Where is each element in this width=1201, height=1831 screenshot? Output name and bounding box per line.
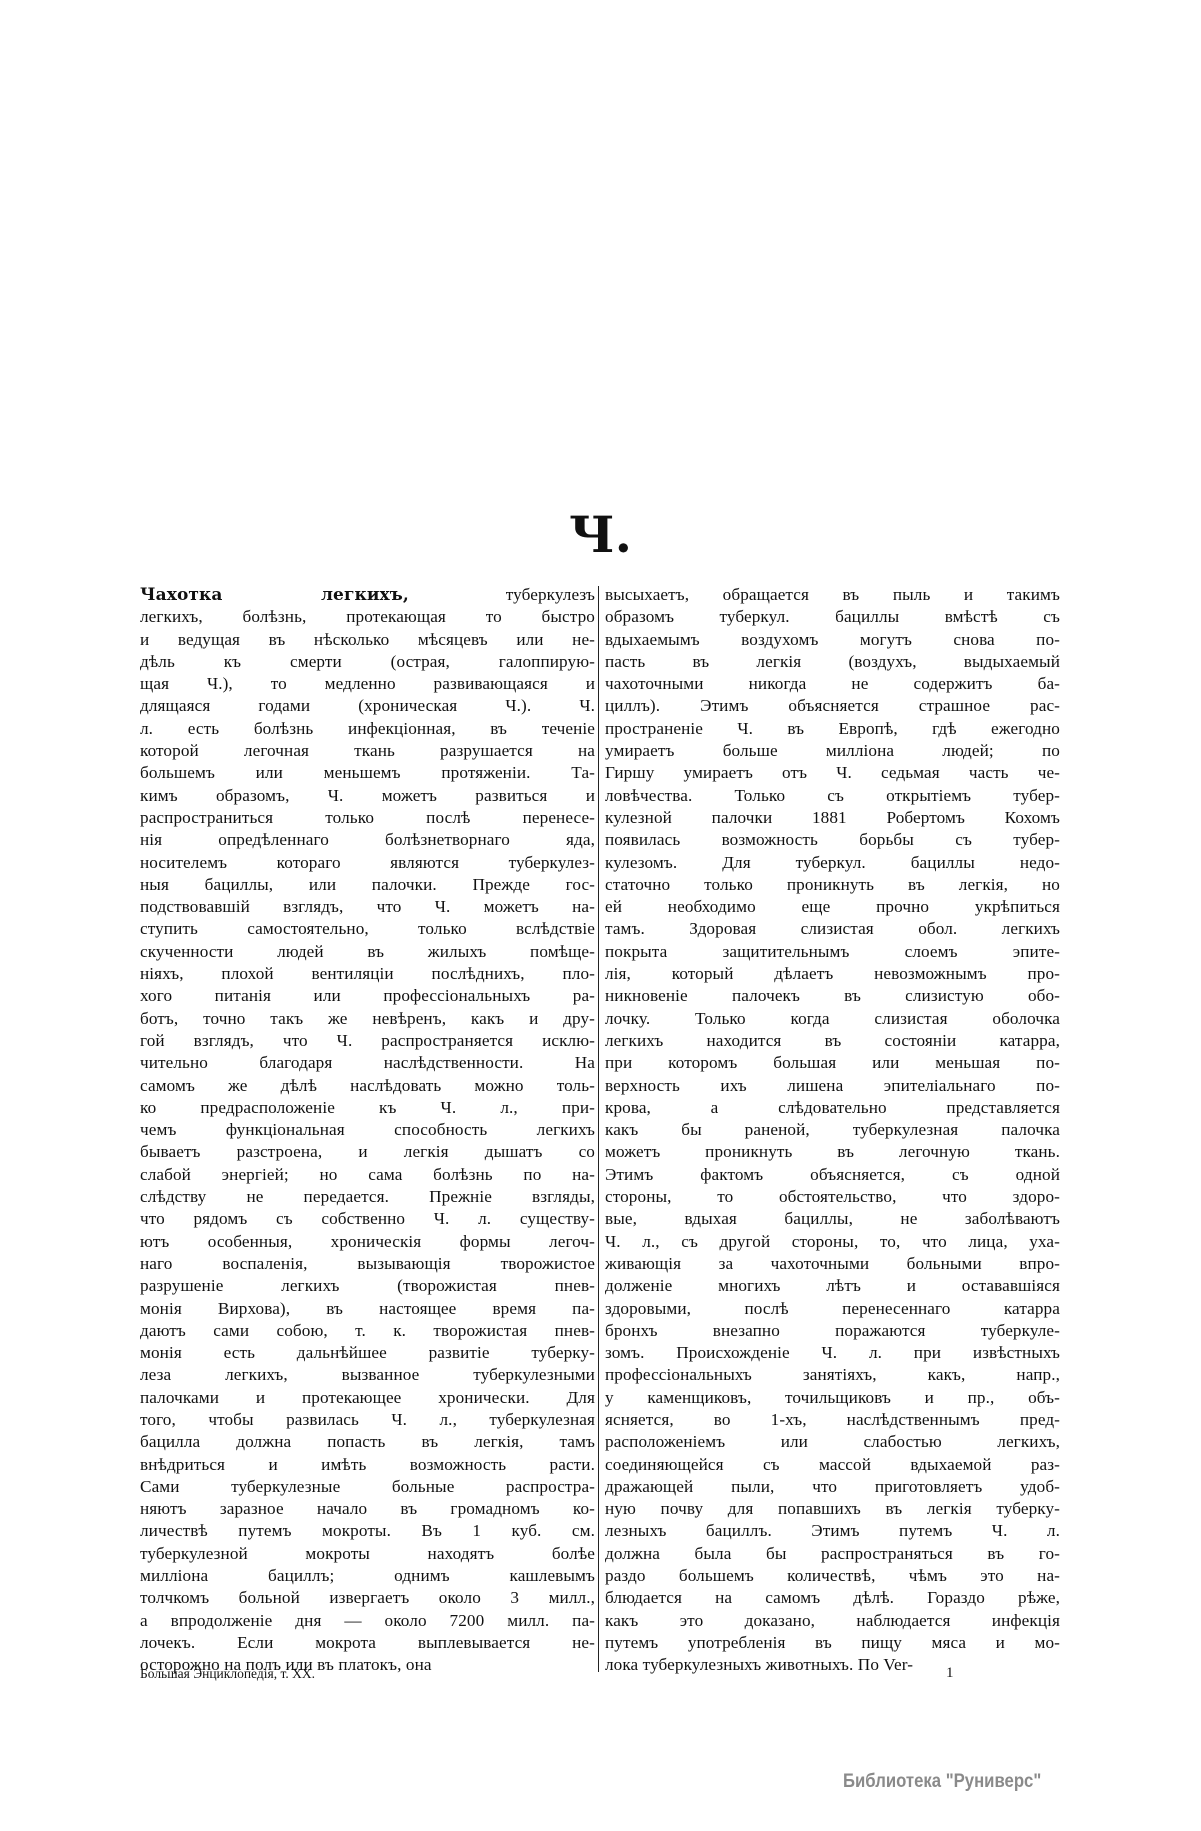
text-line: монія Вирхова), въ настоящее время па- xyxy=(140,1298,595,1320)
text-line: большемъ или меньшемъ протяженіи. Та- xyxy=(140,762,595,784)
left-column: Чахотка легкихъ, туберкулезълегкихъ, бол… xyxy=(140,584,595,1677)
text-line: подствовавшій взглядъ, что Ч. можетъ на- xyxy=(140,896,595,918)
section-letter: Ч. xyxy=(0,510,1201,560)
text-line: скученности людей въ жилыхъ помѣще- xyxy=(140,941,595,963)
text-line: можетъ проникнуть въ легочную ткань. xyxy=(605,1141,1060,1163)
text-line: монія есть дальнѣйшее развитіе туберку- xyxy=(140,1342,595,1364)
text-line: умираетъ больше милліона людей; по xyxy=(605,740,1060,762)
text-line: высыхаетъ, обращается въ пыль и такимъ xyxy=(605,584,1060,606)
text-line: покрыта защитительнымъ слоемъ эпите- xyxy=(605,941,1060,963)
text-line: лія, который дѣлаетъ невозможнымъ про- xyxy=(605,963,1060,985)
text-line: кулезной палочки 1881 Робертомъ Кохомъ xyxy=(605,807,1060,829)
text-line: внѣдриться и имѣть возможность расти. xyxy=(140,1454,595,1476)
text-line: какъ это доказано, наблюдается инфекція xyxy=(605,1610,1060,1632)
text-line: туберкулезной мокроты находятъ болѣе xyxy=(140,1543,595,1565)
text-line: при которомъ большая или меньшая по- xyxy=(605,1052,1060,1074)
text-line: ступить самостоятельно, только вслѣдстві… xyxy=(140,918,595,940)
text-line: милліона бациллъ; однимъ кашлевымъ xyxy=(140,1565,595,1587)
footer-signature-mark: 1 xyxy=(946,1665,954,1682)
text-line: пасть въ легкія (воздухъ, выдыхаемый xyxy=(605,651,1060,673)
text-line: няютъ заразное начало въ громадномъ ко- xyxy=(140,1498,595,1520)
text-line: ютъ особенныя, хроническія формы легоч- xyxy=(140,1231,595,1253)
text-line: ко предрасположеніе къ Ч. л., при- xyxy=(140,1097,595,1119)
text-line: профессіональныхъ занятіяхъ, какъ, напр.… xyxy=(605,1364,1060,1386)
text-line: носителемъ котораго являются туберкулез- xyxy=(140,852,595,874)
text-line: стороны, то обстоятельство, что здоро- xyxy=(605,1186,1060,1208)
text-line: какъ бы раненой, туберкулезная палочка xyxy=(605,1119,1060,1141)
text-line: образомъ туберкул. бациллы вмѣстѣ съ xyxy=(605,606,1060,628)
text-line: ныя бациллы, или палочки. Прежде гос- xyxy=(140,874,595,896)
text-line: чахоточными никогда не содержитъ ба- xyxy=(605,673,1060,695)
text-line: расположеніемъ или слабостью легкихъ, xyxy=(605,1431,1060,1453)
text-line: лока туберкулезныхъ животныхъ. По Ver- xyxy=(605,1654,1060,1676)
text-line: никновеніе палочекъ въ слизистую обо- xyxy=(605,985,1060,1007)
right-column: высыхаетъ, обращается въ пыль и такимъоб… xyxy=(605,584,1060,1677)
text-line: ную почву для попавшихъ въ легкія туберк… xyxy=(605,1498,1060,1520)
column-divider xyxy=(598,586,599,1672)
text-line: лочекъ. Если мокрота выплевывается не- xyxy=(140,1632,595,1654)
text-line: ботъ, точно такъ же невѣренъ, какъ и дру… xyxy=(140,1008,595,1030)
text-line: путемъ употребленія въ пищу мяса и мо- xyxy=(605,1632,1060,1654)
text-line: вдыхаемымъ воздухомъ могутъ снова по- xyxy=(605,629,1060,651)
text-line: у каменщиковъ, точильщиковъ и пр., объ- xyxy=(605,1387,1060,1409)
text-line: слѣдству не передается. Прежніе взгляды, xyxy=(140,1186,595,1208)
library-watermark: Библиотека "Руниверс" xyxy=(843,1771,1041,1793)
text-line: палочками и протекающее хронически. Для xyxy=(140,1387,595,1409)
text-line: долженіе многихъ лѣтъ и остававшіяся xyxy=(605,1275,1060,1297)
text-line: щая Ч.), то медленно развивающаяся и xyxy=(140,673,595,695)
text-line: кулезомъ. Для туберкул. бациллы недо- xyxy=(605,852,1060,874)
text-line: ловѣчества. Только съ открытіемъ тубер- xyxy=(605,785,1060,807)
article-headword: Чахотка легкихъ, xyxy=(140,585,409,605)
text-line: Этимъ фактомъ объясняется, съ одной xyxy=(605,1164,1060,1186)
text-line: разрушеніе легкихъ (творожистая пнев- xyxy=(140,1275,595,1297)
text-line: ніяхъ, плохой вентиляціи послѣднихъ, пло… xyxy=(140,963,595,985)
text-line: появилась возможность борьбы съ тубер- xyxy=(605,829,1060,851)
text-line: пространеніе Ч. въ Европѣ, гдѣ ежегодно xyxy=(605,718,1060,740)
text-line: л. есть болѣзнь инфекціонная, въ теченіе xyxy=(140,718,595,740)
text-line: распространиться только послѣ перенесе- xyxy=(140,807,595,829)
text-line: толчкомъ больной извергаетъ около 3 милл… xyxy=(140,1587,595,1609)
text-line: даютъ сами собою, т. к. творожистая пнев… xyxy=(140,1320,595,1342)
text-line: дѣль къ смерти (острая, галоппирую- xyxy=(140,651,595,673)
text-line: Гиршу умираетъ отъ Ч. седьмая часть че- xyxy=(605,762,1060,784)
text-line: верхность ихъ лишена эпителіальнаго по- xyxy=(605,1075,1060,1097)
text-line: и ведущая въ нѣсколько мѣсяцевъ или не- xyxy=(140,629,595,651)
text-line: соединяющейся съ массой вдыхаемой раз- xyxy=(605,1454,1060,1476)
text-line: ясняется, во 1-хъ, наслѣдственнымъ пред- xyxy=(605,1409,1060,1431)
text-line: дражающей пыли, что приготовляетъ удоб- xyxy=(605,1476,1060,1498)
text-line: раздо большемъ количествѣ, чѣмъ это на- xyxy=(605,1565,1060,1587)
text-line: ей необходимо еще прочно укрѣпиться xyxy=(605,896,1060,918)
text-line: лочку. Только когда слизистая оболочка xyxy=(605,1008,1060,1030)
text-line: зомъ. Происхожденіе Ч. л. при извѣстныхъ xyxy=(605,1342,1060,1364)
text-line: того, чтобы развилась Ч. л., туберкулезн… xyxy=(140,1409,595,1431)
text-line: чемъ функціональная способность легкихъ xyxy=(140,1119,595,1141)
text-line: Сами туберкулезные больные распростра- xyxy=(140,1476,595,1498)
text-line: личествѣ путемъ мокроты. Въ 1 куб. см. xyxy=(140,1520,595,1542)
text-line: живающія за чахоточными больными впро- xyxy=(605,1253,1060,1275)
text-line: должна была бы распространяться въ го- xyxy=(605,1543,1060,1565)
text-line: легкихъ находится въ состояніи катарра, xyxy=(605,1030,1060,1052)
text-line: здоровыми, послѣ перенесеннаго катарра xyxy=(605,1298,1060,1320)
footer-publication: Большая Энциклопедія, т. XX. xyxy=(140,1666,315,1682)
text-line: бацилла должна попасть въ легкія, тамъ xyxy=(140,1431,595,1453)
text-line: наго воспаленія, вызывающія творожистое xyxy=(140,1253,595,1275)
text-line: легкихъ, болѣзнь, протекающая то быстро xyxy=(140,606,595,628)
text-line: Чахотка легкихъ, туберкулезъ xyxy=(140,584,595,606)
text-line: Ч. л., съ другой стороны, то, что лица, … xyxy=(605,1231,1060,1253)
text-line: чительно благодаря наслѣдственности. На xyxy=(140,1052,595,1074)
text-line: кимъ образомъ, Ч. можетъ развиться и xyxy=(140,785,595,807)
text-line: статочно только проникнуть въ легкія, но xyxy=(605,874,1060,896)
text-line: гой взглядъ, что Ч. распространяется иск… xyxy=(140,1030,595,1052)
text-line: тамъ. Здоровая слизистая обол. легкихъ xyxy=(605,918,1060,940)
text-line: что рядомъ съ собственно Ч. л. существу- xyxy=(140,1208,595,1230)
text-line-rest: туберкулезъ xyxy=(409,585,595,604)
text-line: циллъ). Этимъ объясняется страшное рас- xyxy=(605,695,1060,717)
text-line: самомъ же дѣлѣ наслѣдовать можно толь- xyxy=(140,1075,595,1097)
text-line: блюдается на самомъ дѣлѣ. Гораздо рѣже, xyxy=(605,1587,1060,1609)
text-line: которой легочная ткань разрушается на xyxy=(140,740,595,762)
text-line: нія опредѣленнаго болѣзнетворнаго яда, xyxy=(140,829,595,851)
text-line: крова, а слѣдовательно представляется xyxy=(605,1097,1060,1119)
text-line: лезныхъ бациллъ. Этимъ путемъ Ч. л. xyxy=(605,1520,1060,1542)
text-line: длящаяся годами (хроническая Ч.). Ч. xyxy=(140,695,595,717)
text-line: бронхъ внезапно поражаются туберкуле- xyxy=(605,1320,1060,1342)
text-line: а впродолженіе дня — около 7200 милл. па… xyxy=(140,1610,595,1632)
text-line: вые, вдыхая бациллы, не заболѣваютъ xyxy=(605,1208,1060,1230)
text-line: бываетъ разстроена, и легкія дышатъ со xyxy=(140,1141,595,1163)
text-line: хого питанія или профессіональныхъ ра- xyxy=(140,985,595,1007)
text-line: леза легкихъ, вызванное туберкулезными xyxy=(140,1364,595,1386)
text-line: слабой энергіей; но сама болѣзнь по на- xyxy=(140,1164,595,1186)
